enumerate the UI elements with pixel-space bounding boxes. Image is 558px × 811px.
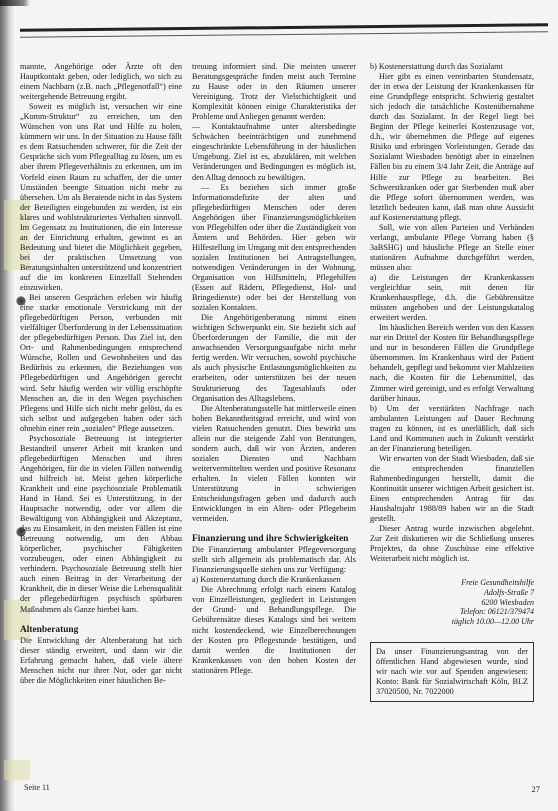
address-hours: täglich 10.00—12.00 Uhr: [370, 617, 534, 627]
column-1: mannte, Angehörige oder Ärzte oft den Ha…: [20, 62, 182, 686]
paragraph: — Es beziehen sich immer große Informati…: [192, 183, 356, 314]
header-rule: [20, 23, 548, 38]
paragraph: b) Um der verstärkten Nachfrage nach amb…: [370, 404, 534, 454]
paragraph: b) Kostenerstattung durch das Sozialamt: [370, 62, 534, 72]
paragraph: mannte, Angehörige oder Ärzte oft den Ha…: [20, 62, 182, 102]
section-heading-finanzierung: Finanzierung und ihre Schwierigkeiten: [192, 534, 356, 545]
paragraph: Soweit es möglich ist, versuchen wir ein…: [20, 102, 182, 293]
paragraph: Soll, wie von allen Parteien und Verbänd…: [370, 223, 534, 273]
paragraph: Die Finanzierung ambulanter Pflegeversor…: [192, 545, 356, 575]
paragraph: Hier gibt es einen vereinbarten Stundens…: [370, 72, 534, 223]
address-org: Freie Gesundheitshilfe: [370, 578, 534, 588]
paragraph: Im häuslichen Bereich werden von den Kas…: [370, 323, 534, 403]
paragraph: — Kontaktaufnahme unter altersbedingte S…: [192, 122, 356, 182]
address-street: Adolfs-Straße 7: [370, 588, 534, 598]
scan-corner: [0, 0, 30, 6]
paragraph: Die Entwicklung der Altenberatung hat si…: [20, 636, 182, 686]
paragraph: Dieser Antrag wurde inzwischen abgelehnt…: [370, 524, 534, 564]
address-city: 6200 Wiesbaden: [370, 598, 534, 608]
paragraph: treuung informiert sind. Die meisten uns…: [192, 62, 356, 122]
section-heading-altenberatung: Altenberatung: [20, 625, 182, 636]
paragraph: Bei unseren Gesprächen erleben wir häufi…: [20, 293, 182, 434]
column-2: treuung informiert sind. Die meisten uns…: [192, 62, 356, 676]
paragraph: a) die Leistungen der Krankenkassen verg…: [370, 273, 534, 323]
paragraph: Wir erwarten von der Stadt Wiesbaden, da…: [370, 454, 534, 524]
footer-left-label: Seite 11: [24, 783, 50, 792]
donation-notice-box: Da unser Finanzierungsantrag von der öff…: [370, 642, 534, 702]
page-body: mannte, Angehörige oder Ärzte oft den Ha…: [20, 62, 550, 811]
paragraph: Psychosoziale Betreuung ist integrierter…: [20, 434, 182, 615]
book-binding-shadow: [0, 0, 14, 811]
contact-address: Freie Gesundheitshilfe Adolfs-Straße 7 6…: [370, 578, 534, 626]
paragraph: a) Kostenerstattung durch die Krankenkas…: [192, 575, 356, 585]
paragraph: Die Abrechnung erfolgt nach einem Katalo…: [192, 585, 356, 675]
column-3: b) Kostenerstattung durch das Sozialamt …: [370, 62, 534, 702]
paragraph: Die Altenberatungsstelle hat mittlerweil…: [192, 404, 356, 525]
address-phone: Telefon: 06121/379474: [370, 607, 534, 617]
page-number: 27: [532, 784, 541, 794]
paragraph: Die Angehörigenberatung nimmt einen wich…: [192, 313, 356, 403]
